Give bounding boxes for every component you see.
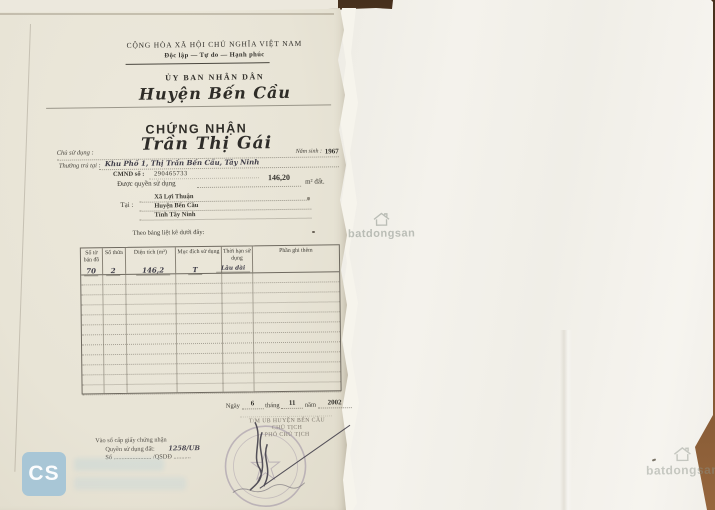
document-photo: CỘNG HÒA XÃ HỘI CHỦ NGHĨA VIỆT NAM Độc l… bbox=[0, 0, 715, 510]
registry-number-handwritten: 1258/UB bbox=[168, 444, 200, 452]
col-header-notes: Phần ghi thêm bbox=[253, 245, 339, 272]
row-purpose-value: T bbox=[188, 265, 202, 275]
id-number-label: CMND số : bbox=[113, 171, 145, 178]
cs-logo-text: CS bbox=[28, 462, 59, 486]
official-stamp bbox=[207, 403, 378, 510]
dotted-line bbox=[197, 185, 301, 188]
cs-logo-watermark: CS bbox=[22, 452, 66, 496]
area-value: 146,20 bbox=[254, 173, 304, 183]
table-intro-text: Theo bảng liệt kê dưới đây: bbox=[133, 229, 205, 237]
row-duration-value: Lâu dài bbox=[216, 265, 250, 272]
batdongsan-watermark: batdongsan bbox=[329, 211, 433, 240]
watermark-text: batdongsan bbox=[348, 227, 415, 240]
row-parcel-no-value: 2 bbox=[106, 266, 120, 276]
watermark-text: batdongsan bbox=[646, 463, 715, 478]
owner-label: Chủ sử dụng : bbox=[57, 149, 94, 156]
parcel-table-body bbox=[81, 272, 340, 393]
house-icon bbox=[370, 212, 392, 227]
national-motto-line2: Độc lập — Tự do — Hạnh phúc bbox=[89, 50, 339, 60]
header-underline bbox=[46, 104, 331, 108]
residence-label: Thường trú tại : bbox=[59, 162, 101, 170]
national-motto-line1: CỘNG HÒA XÃ HỘI CHỦ NGHĨA VIỆT NAM bbox=[89, 38, 339, 50]
row-area-value: 146,2 bbox=[136, 265, 170, 275]
cs-watermark-ghost-text bbox=[74, 458, 164, 471]
issuer-district: Huyện Bến Cầu bbox=[90, 82, 340, 104]
issuer-name: ỦY BAN NHÂN DÂN bbox=[90, 71, 340, 83]
location-label: Tại : bbox=[120, 201, 133, 209]
birth-year-label: Năm sinh : bbox=[296, 149, 322, 155]
motto-underline bbox=[126, 62, 270, 65]
row-map-sheet-value: 70 bbox=[84, 266, 98, 276]
house-icon bbox=[670, 446, 694, 462]
handwritten-name-scribble bbox=[233, 483, 305, 493]
owner-name: Trần Thị Gái bbox=[116, 133, 296, 155]
area-unit: m² đất. bbox=[305, 177, 325, 185]
certificate-content: CỘNG HÒA XÃ HỘI CHỦ NGHĨA VIỆT NAM Độc l… bbox=[0, 0, 715, 510]
birth-year-value: 1967 bbox=[325, 147, 339, 155]
cs-watermark-ghost-text bbox=[74, 477, 186, 490]
batdongsan-watermark: batdongsan bbox=[622, 445, 715, 477]
grant-label: Được quyền sử dụng bbox=[117, 179, 176, 188]
